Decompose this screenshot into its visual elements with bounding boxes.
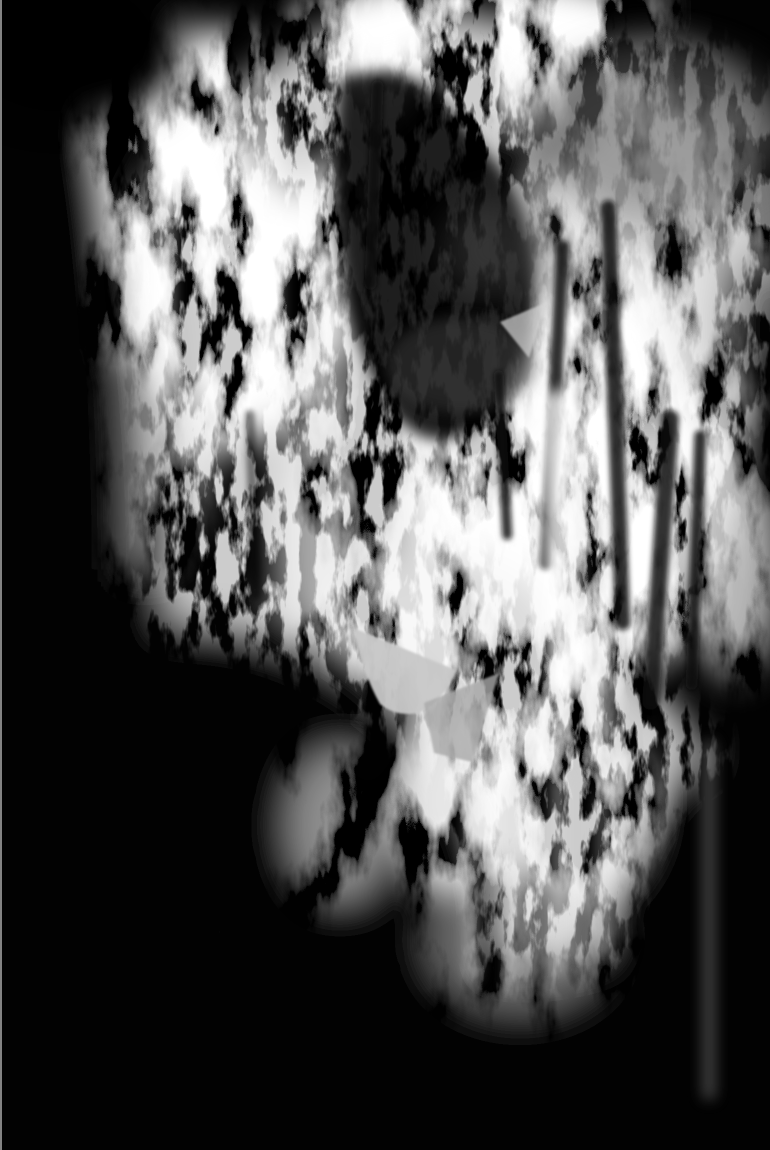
- left-edge-line: [0, 0, 2, 1150]
- abstract-texture-image: [0, 0, 770, 1150]
- artwork: [0, 0, 770, 1150]
